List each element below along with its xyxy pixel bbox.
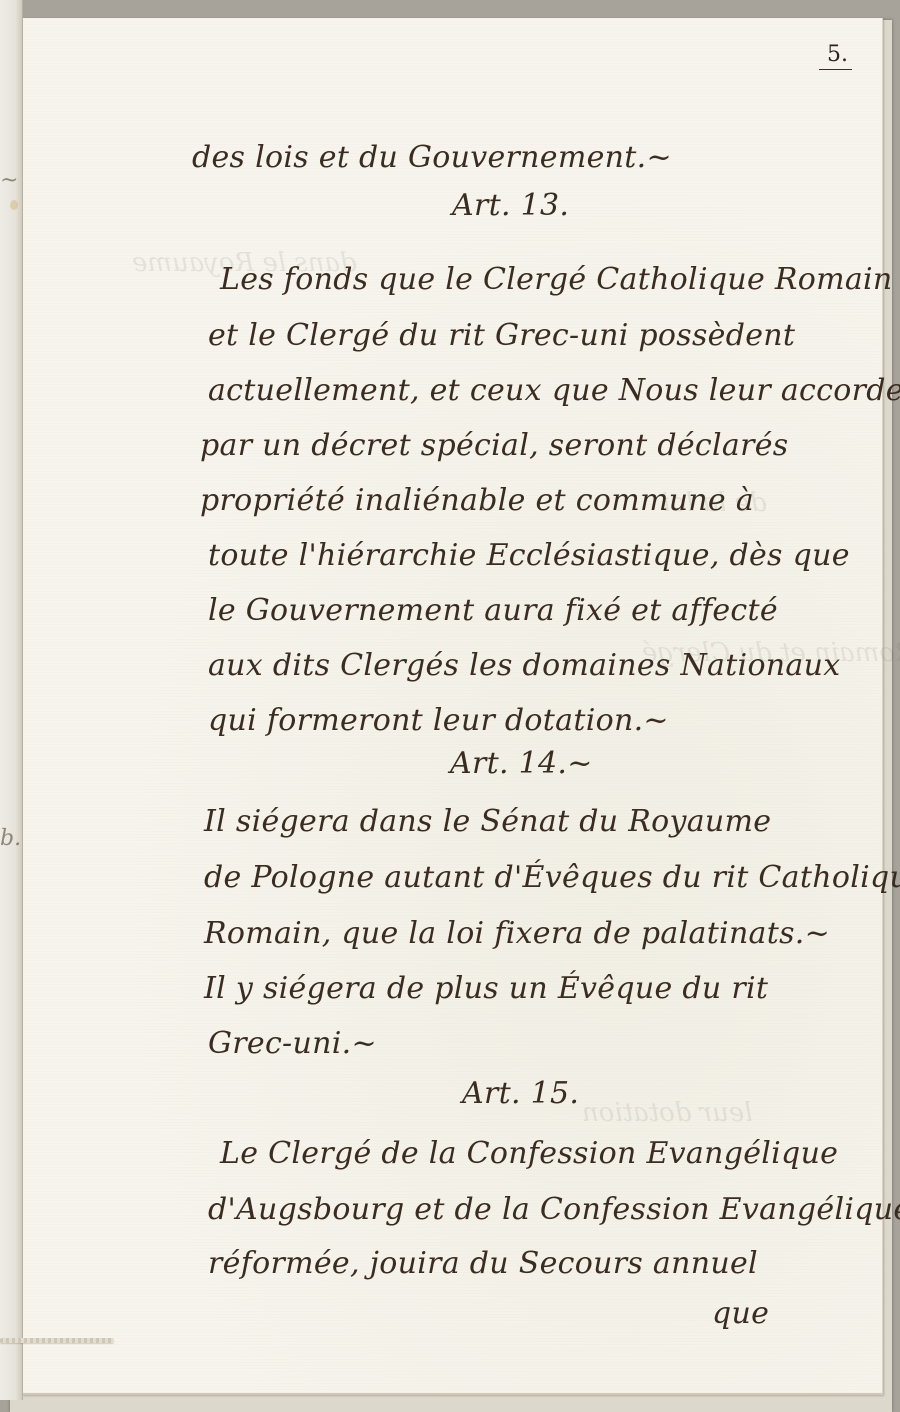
paper-stain xyxy=(10,200,18,210)
text-line: propriété inaliénable et commune à xyxy=(200,483,754,518)
text-line: et le Clergé du rit Grec-uni possèdent xyxy=(208,318,795,353)
margin-fragment: b. xyxy=(0,826,21,851)
bleed-through-text: leur dotation xyxy=(582,1098,753,1128)
text-line: le Gouvernement aura fixé et affecté xyxy=(208,593,778,628)
text-line: qui formeront leur dotation.~ xyxy=(208,703,669,738)
text-line: Il y siégera de plus un Évêque du rit xyxy=(204,971,768,1006)
text-line: des lois et du Gouvernement.~ xyxy=(192,140,672,175)
text-line: de Pologne autant d'Évêques du rit Catho… xyxy=(204,860,900,895)
text-line: actuellement, et ceux que Nous leur acco… xyxy=(208,373,900,408)
text-line: aux dits Clergés les domaines Nationaux xyxy=(208,648,840,683)
margin-fragment: ~ xyxy=(0,168,18,193)
text-line: par un décret spécial, seront déclarés xyxy=(200,428,789,463)
text-line: Romain, que la loi fixera de palatinats.… xyxy=(204,916,830,951)
article-heading: Art. 13. xyxy=(452,188,569,223)
text-line: toute l'hiérarchie Ecclésiastique, dès q… xyxy=(208,538,850,573)
article-heading: Art. 14.~ xyxy=(450,746,593,781)
previous-page-edge: ~ b. xyxy=(0,0,23,1400)
text-line: réformée, jouira du Secours annuel xyxy=(208,1246,758,1281)
binding-string xyxy=(0,1338,114,1343)
catchword: que xyxy=(712,1296,769,1331)
text-line: Le Clergé de la Confession Evangélique xyxy=(220,1136,838,1171)
manuscript-page: dans le Royaume de la loi Romain et du C… xyxy=(22,18,883,1395)
page-number: 5. xyxy=(819,42,852,70)
text-line: d'Augsbourg et de la Confession Evangéli… xyxy=(208,1192,900,1227)
text-line: Grec-uni.~ xyxy=(208,1026,377,1061)
article-heading: Art. 15. xyxy=(462,1076,579,1111)
text-line: Les fonds que le Clergé Catholique Romai… xyxy=(220,262,893,297)
text-line: Il siégera dans le Sénat du Royaume xyxy=(204,804,771,839)
